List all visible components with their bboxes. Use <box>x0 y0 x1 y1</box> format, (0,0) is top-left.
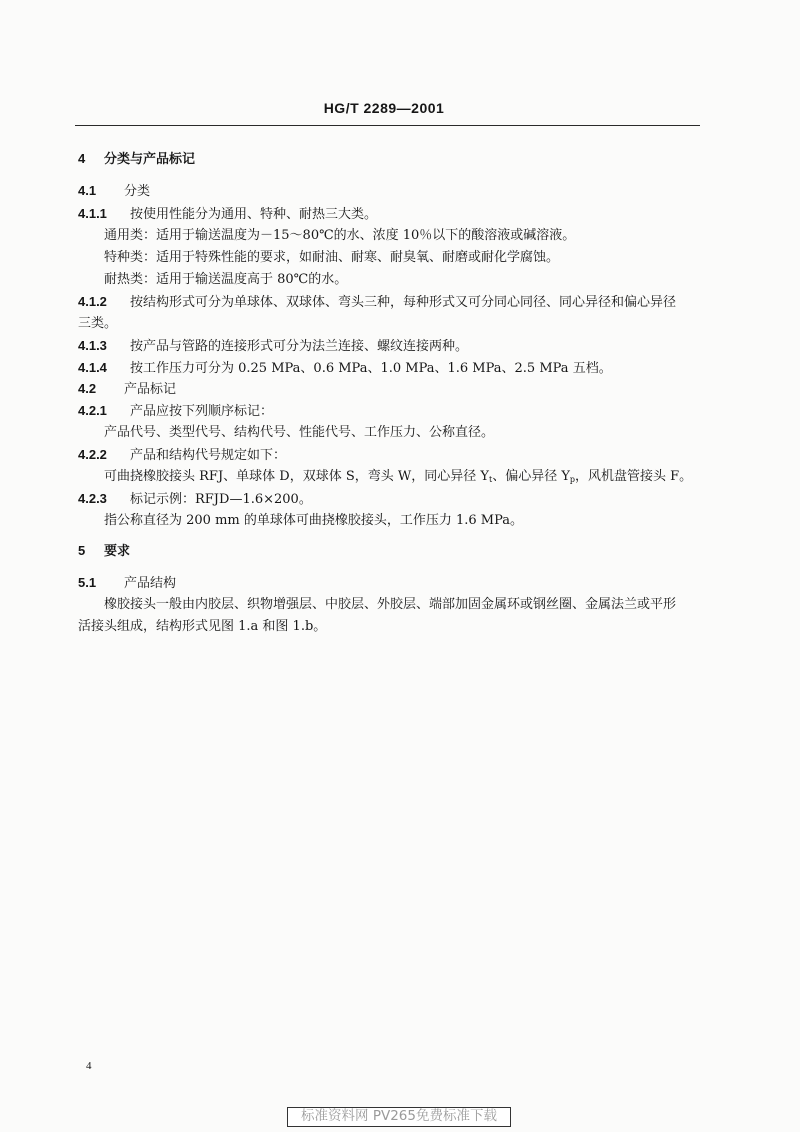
clause-number: 4.2.3 <box>78 490 130 508</box>
clause-4-2-3: 4.2.3标记示例：RFJD—1.6×200。 <box>78 490 312 509</box>
clause-4-1-2: 4.1.2按结构形式可分为单球体、双球体、弯头三种，每种形式又可分同心同径、同心… <box>78 293 676 312</box>
section-title: 产品标记 <box>124 382 176 397</box>
code-text: ，风机盘管接头 F。 <box>575 469 692 484</box>
marking-order: 产品代号、类型代号、结构代号、性能代号、工作压力、公称直径。 <box>104 424 494 442</box>
watermark-banner: 标准资料网 PV265免费标准下载 <box>287 1107 511 1127</box>
standard-code: HG/T 2289—2001 <box>324 100 445 116</box>
section-5-1-heading: 5.1产品结构 <box>78 574 176 593</box>
category-general: 通用类：适用于输送温度为－15～80℃的水、浓度 10％以下的酸溶液或碱溶液。 <box>104 227 575 245</box>
page-number: 4 <box>86 1060 92 1072</box>
product-codes: 可曲挠橡胶接头 RFJ、单球体 D，双球体 S，弯头 W，同心异径 Yt、偏心异… <box>104 468 692 489</box>
section-5-heading: 5要求 <box>78 542 130 561</box>
product-structure-paragraph-line-2: 活接头组成，结构形式见图 1.a 和图 1.b。 <box>78 618 326 636</box>
category-special: 特种类：适用于特殊性能的要求，如耐油、耐寒、耐臭氧、耐磨或耐化学腐蚀。 <box>104 249 559 267</box>
section-title: 要求 <box>104 544 130 559</box>
category-heat-resistant: 耐热类：适用于输送温度高于 80℃的水。 <box>104 271 347 289</box>
clause-number: 4.2.1 <box>78 402 130 420</box>
clause-4-1-1: 4.1.1按使用性能分为通用、特种、耐热三大类。 <box>78 205 377 224</box>
section-4-1-heading: 4.1分类 <box>78 182 150 201</box>
section-title: 产品结构 <box>124 576 176 591</box>
clause-4-1-2-continuation: 三类。 <box>78 315 117 333</box>
standard-code-header: HG/T 2289—2001 <box>0 100 800 116</box>
marking-example-explanation: 指公称直径为 200 mm 的单球体可曲挠橡胶接头，工作压力 1.6 MPa。 <box>104 512 523 530</box>
section-number: 4.2 <box>78 380 124 398</box>
section-title: 分类与产品标记 <box>104 152 195 167</box>
product-structure-paragraph-line-1: 橡胶接头一般由内胶层、织物增强层、中胶层、外胶层、端部加固金属环或钢丝圈、金属法… <box>104 596 676 614</box>
clause-4-2-2: 4.2.2产品和结构代号规定如下： <box>78 446 286 465</box>
code-text: 可曲挠橡胶接头 RFJ、单球体 D，双球体 S，弯头 W，同心异径 Y <box>104 469 489 484</box>
clause-text: 按结构形式可分为单球体、双球体、弯头三种，每种形式又可分同心同径、同心异径和偏心… <box>130 295 676 310</box>
clause-text: 标记示例：RFJD—1.6×200。 <box>130 492 312 507</box>
clause-number: 4.1.4 <box>78 359 130 377</box>
section-number: 5 <box>78 542 104 560</box>
clause-4-2-1: 4.2.1产品应按下列顺序标记： <box>78 402 273 421</box>
header-rule <box>75 125 700 126</box>
clause-text: 按产品与管路的连接形式可分为法兰连接、螺纹连接两种。 <box>130 339 468 354</box>
clause-4-1-3: 4.1.3按产品与管路的连接形式可分为法兰连接、螺纹连接两种。 <box>78 337 468 356</box>
clause-text: 产品应按下列顺序标记： <box>130 404 273 419</box>
section-number: 4 <box>78 150 104 168</box>
clause-number: 4.1.3 <box>78 337 130 355</box>
clause-4-1-4: 4.1.4按工作压力可分为 0.25 MPa、0.6 MPa、1.0 MPa、1… <box>78 359 612 378</box>
clause-number: 4.1.2 <box>78 293 130 311</box>
clause-text: 产品和结构代号规定如下： <box>130 448 286 463</box>
section-title: 分类 <box>124 184 150 199</box>
code-text: 、偏心异径 Y <box>492 469 570 484</box>
section-number: 5.1 <box>78 574 124 592</box>
section-4-heading: 4分类与产品标记 <box>78 150 195 169</box>
clause-text: 按工作压力可分为 0.25 MPa、0.6 MPa、1.0 MPa、1.6 MP… <box>130 361 612 376</box>
clause-number: 4.1.1 <box>78 205 130 223</box>
clause-text: 按使用性能分为通用、特种、耐热三大类。 <box>130 207 377 222</box>
section-4-2-heading: 4.2产品标记 <box>78 380 176 399</box>
section-number: 4.1 <box>78 182 124 200</box>
clause-number: 4.2.2 <box>78 446 130 464</box>
